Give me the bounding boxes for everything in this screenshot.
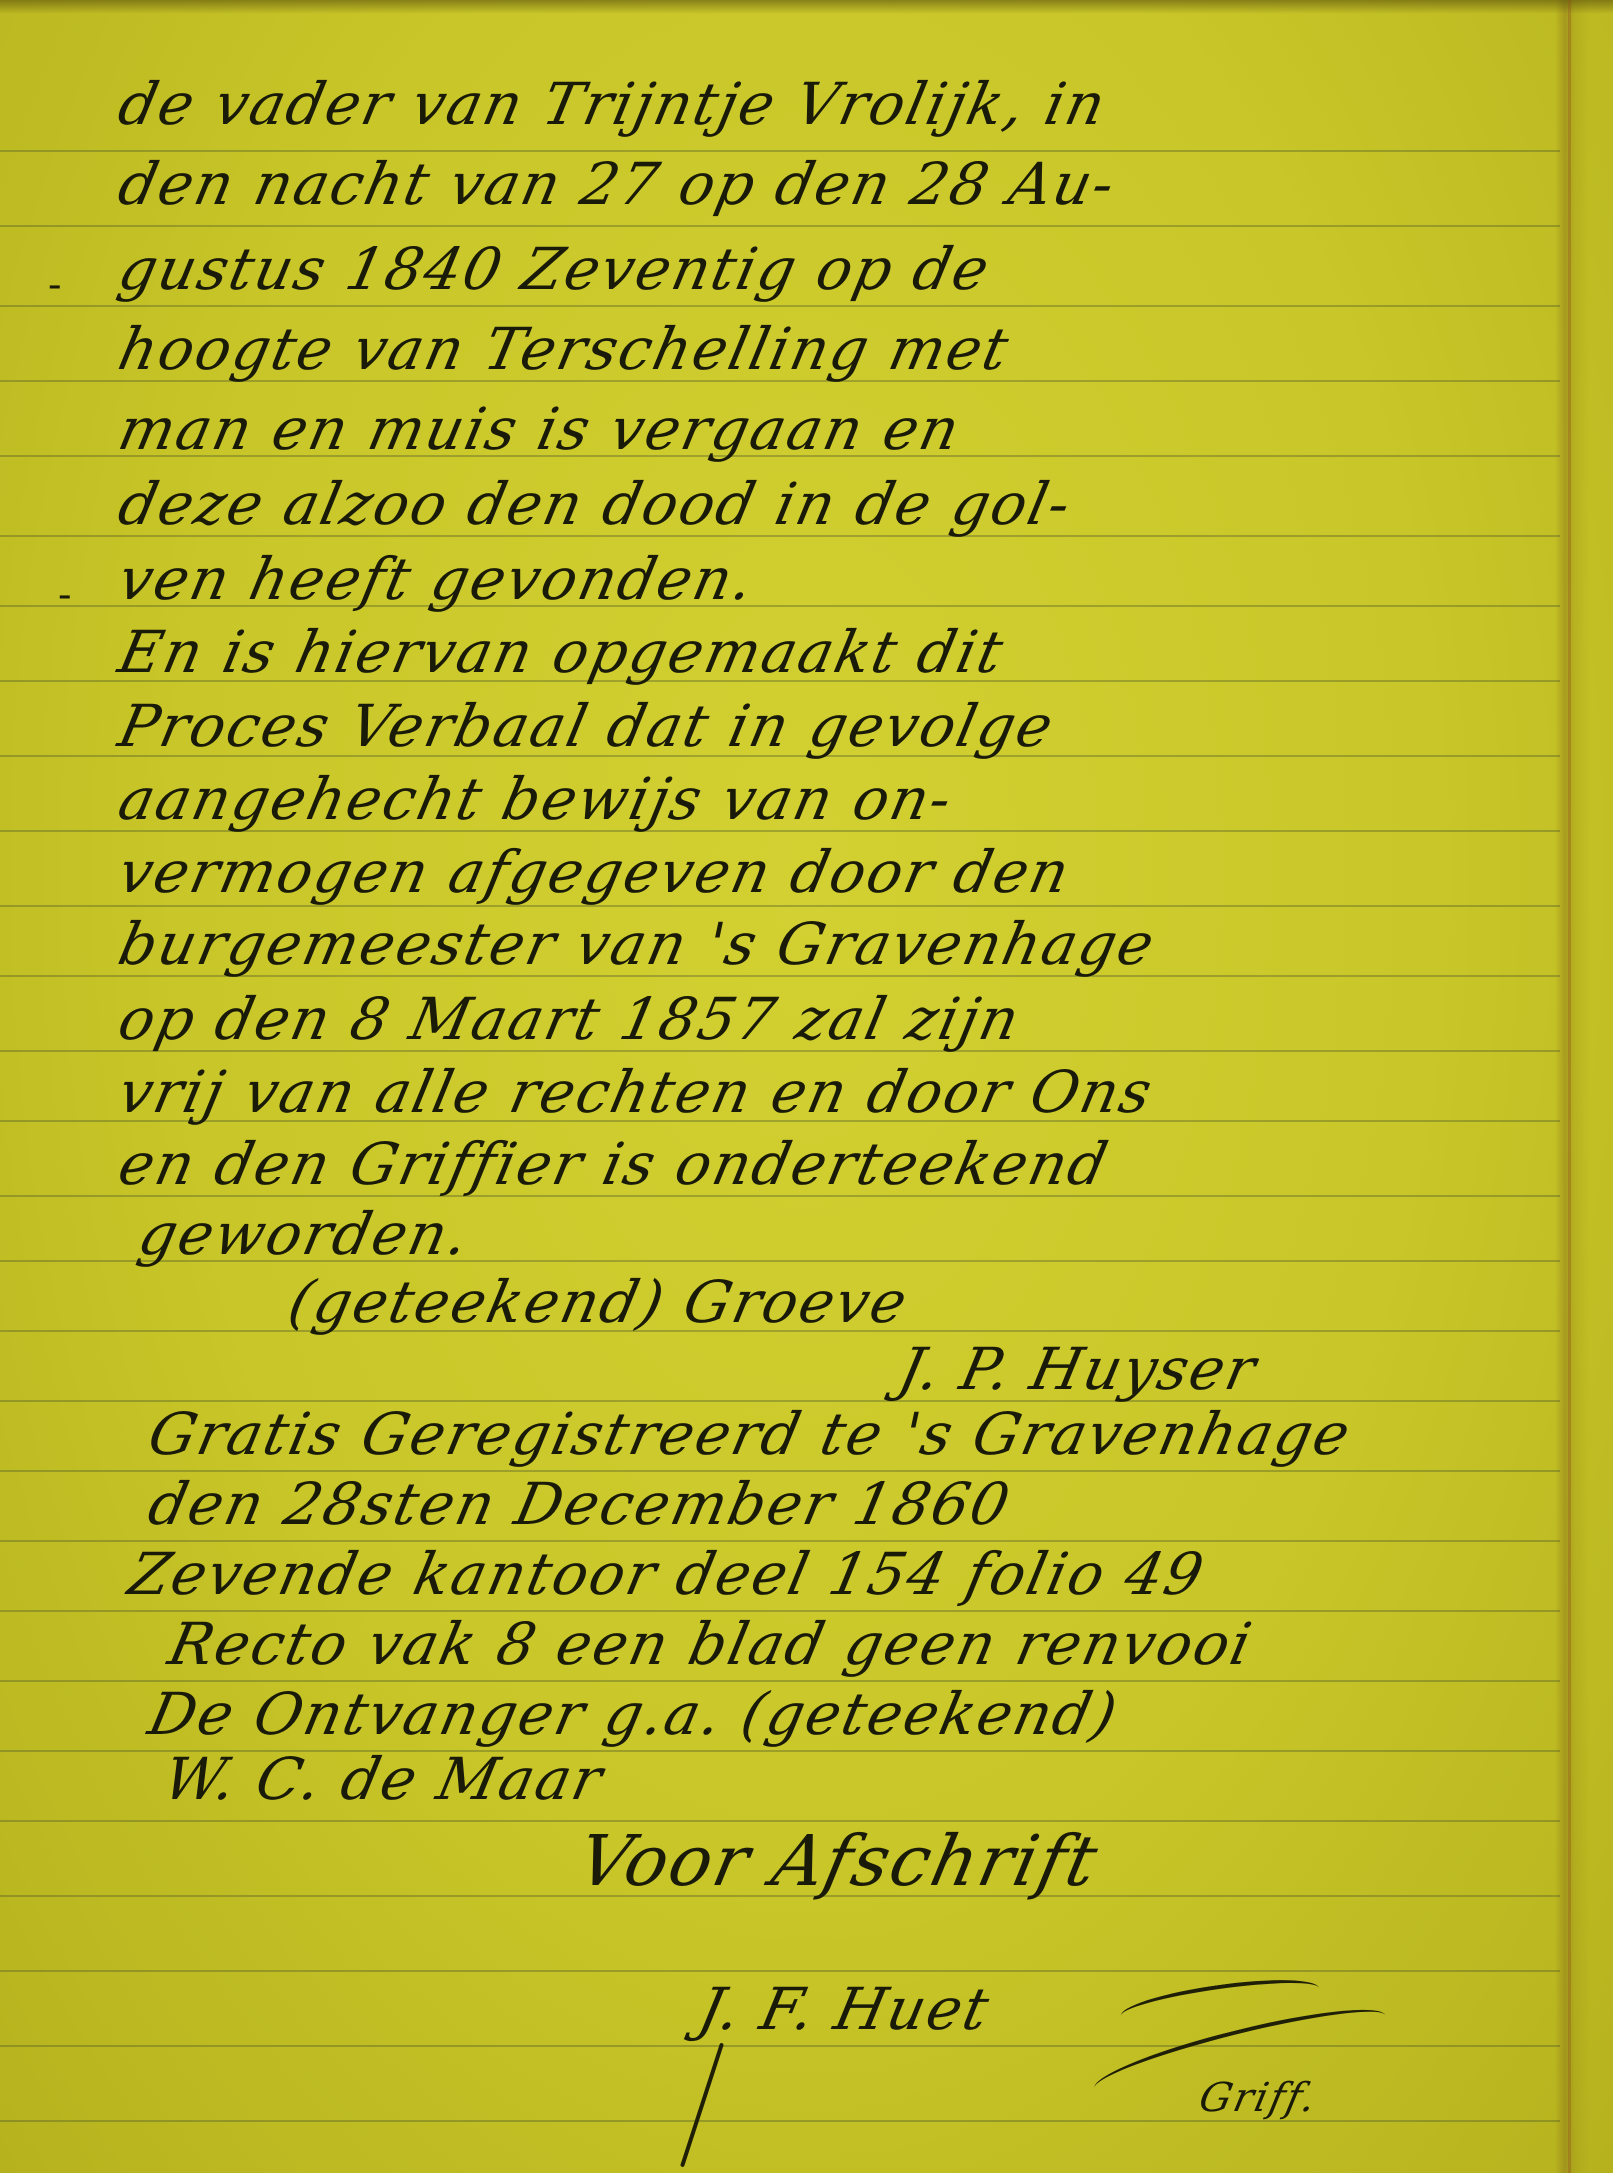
handwritten-line: En is hiervan opgemaakt dit [113, 618, 1011, 686]
margin-mark: - [48, 262, 62, 308]
handwritten-line: vrij van alle rechten en door Ons [113, 1058, 1160, 1126]
handwritten-line: Proces Verbaal dat in gevolge [113, 692, 1061, 760]
signatory-name: J. P. Huyser [893, 1335, 1264, 1403]
receiver-name: W. C. de Maar [158, 1745, 610, 1813]
handwritten-line: op den 8 Maart 1857 zal zijn [113, 985, 1027, 1053]
handwritten-line: gustus 1840 Zeventig op de [113, 235, 997, 303]
handwritten-line: de vader van Trijntje Vrolijk, in [113, 70, 1113, 138]
registration-line: Gratis Geregistreerd te 's Gravenhage [143, 1400, 1358, 1468]
handwritten-line: en den Griffier is onderteekend [113, 1130, 1116, 1198]
handwritten-line: aangehecht bewijs van on- [113, 765, 960, 833]
handwritten-line: vermogen afgegeven door den [113, 838, 1077, 906]
handwritten-line: burgemeester van 's Gravenhage [113, 910, 1162, 978]
voor-afschrift-heading: Voor Afschrift [571, 1820, 1106, 1902]
handwritten-line: ven heeft gevonden. [113, 545, 761, 613]
griffier-annotation: Griff. [1195, 2075, 1322, 2121]
receiver-line: De Ontvanger g.a. (geteekend) [143, 1680, 1125, 1748]
handwritten-line: man en muis is vergaan en [113, 395, 967, 463]
handwritten-line: deze alzoo den dood in de gol- [113, 470, 1078, 538]
document-page: - - de vader van Trijntje Vrolijk, in de… [0, 0, 1613, 2173]
registration-detail: Recto vak 8 een blad geen renvooi [163, 1610, 1259, 1678]
margin-mark: - [58, 572, 72, 618]
handwritten-line: geworden. [133, 1200, 476, 1268]
handwritten-line: hoogte van Terschelling met [113, 315, 1016, 383]
clerk-signature: J. F. Huet [693, 1975, 997, 2043]
signed-by-line: (geteekend) Groeve [283, 1268, 915, 1336]
registration-volume: Zevende kantoor deel 154 folio 49 [123, 1540, 1211, 1608]
handwritten-line: den nacht van 27 op den 28 Au- [113, 150, 1122, 218]
registration-date: den 28sten December 1860 [143, 1470, 1018, 1538]
